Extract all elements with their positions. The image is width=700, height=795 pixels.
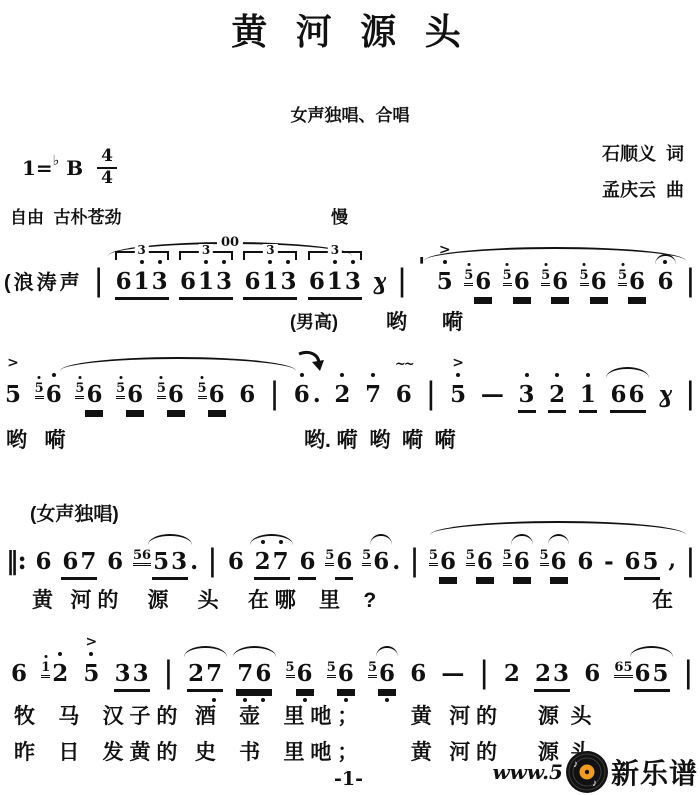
lyrics-line4-verse1: 牧 马 汉 子 的 酒 壶 里 吔 ； 黄 河 的 源 头 bbox=[14, 700, 592, 730]
tie-arc bbox=[250, 534, 293, 545]
time-signature: 4 4 bbox=[97, 148, 117, 188]
note-unit: 7 bbox=[364, 381, 382, 410]
note-digits: 6 bbox=[35, 548, 53, 577]
barline: | bbox=[686, 376, 695, 412]
time-signature-denominator: 4 bbox=[101, 169, 113, 188]
note-digits: 65 bbox=[634, 660, 670, 689]
note-digits: 6 bbox=[513, 548, 531, 577]
note-unit: 33 bbox=[114, 660, 150, 689]
accent-mark: > bbox=[452, 355, 464, 372]
grace-note: 5 bbox=[618, 269, 627, 286]
note-digits: — bbox=[480, 381, 505, 410]
note-digits: 5> bbox=[4, 381, 22, 410]
slur-line3-right bbox=[430, 521, 686, 535]
note-digits: 6 bbox=[298, 548, 316, 577]
note-unit: 27 bbox=[187, 660, 223, 689]
key-tonic: B bbox=[66, 156, 83, 180]
subtitle: 女声独唱、合唱 bbox=[0, 101, 700, 126]
slur-line2-left bbox=[60, 357, 296, 371]
grace-note: 5 bbox=[325, 549, 334, 566]
note-unit: 6 bbox=[106, 548, 124, 577]
note-digits: 2 bbox=[333, 381, 351, 410]
voice-label: (浪涛声 bbox=[4, 271, 83, 295]
note-digits: — bbox=[440, 660, 465, 689]
tie-arc bbox=[606, 367, 649, 378]
music-line-4: 6125>33|27765656566—|22366565| bbox=[10, 658, 694, 689]
tie-arc bbox=[376, 646, 398, 657]
note-digits: 2 bbox=[548, 381, 566, 410]
note-unit: 6133 bbox=[179, 268, 233, 297]
note-unit: 27 bbox=[254, 548, 290, 577]
note-digits: 6 bbox=[126, 381, 144, 410]
grace-note: 5 bbox=[503, 269, 512, 286]
tempo-slow-marking: 慢 bbox=[331, 203, 348, 228]
note-unit: 6133 bbox=[115, 268, 169, 297]
note-unit: 6 bbox=[298, 548, 316, 577]
note-unit: 56 bbox=[541, 268, 569, 297]
note-unit: 5653. bbox=[133, 548, 198, 577]
grace-note: 5 bbox=[540, 549, 549, 566]
key-signature: 1=♭ B 4 4 bbox=[22, 148, 117, 188]
note-digits: 6 bbox=[583, 660, 601, 689]
sheet-music-page: 黄 河 源 头 女声独唱、合唱 1=♭ B 4 4 石顺义 词 孟庆云 曲 自由… bbox=[0, 0, 700, 795]
note-unit: 56 bbox=[35, 381, 63, 410]
note-digits: 6 bbox=[656, 268, 674, 297]
note-unit: 6 bbox=[10, 660, 28, 689]
note-unit: 5> bbox=[82, 660, 100, 689]
tie-arc bbox=[233, 646, 276, 657]
barline: | bbox=[94, 263, 103, 299]
grace-note: 5 bbox=[327, 661, 336, 678]
music-mark: ɣ bbox=[372, 268, 386, 296]
note-digits: 6133 bbox=[308, 268, 362, 297]
tie-arc bbox=[184, 646, 227, 657]
note-digits: 6 bbox=[378, 660, 396, 689]
note-unit: 6 bbox=[35, 548, 53, 577]
barline: | bbox=[164, 655, 173, 691]
note-unit: 56 bbox=[327, 660, 355, 689]
note-unit: 6 bbox=[409, 660, 427, 689]
note-digits: 6 bbox=[550, 548, 568, 577]
barline: | bbox=[208, 543, 217, 579]
note-digits: 7 bbox=[364, 381, 382, 410]
note-unit: 56 bbox=[198, 381, 226, 410]
note-unit: — bbox=[480, 381, 505, 410]
key-prefix: 1= bbox=[22, 156, 53, 180]
barline: | bbox=[426, 376, 435, 412]
watermark-url: www.5 bbox=[492, 760, 563, 784]
time-signature-numerator: 4 bbox=[97, 148, 117, 169]
note-unit: 6~~ bbox=[395, 381, 413, 410]
note-unit: 56 bbox=[325, 548, 353, 577]
note-unit: 5> bbox=[436, 268, 454, 297]
note-unit: 66 bbox=[610, 381, 646, 410]
note-unit: 56 bbox=[75, 381, 103, 410]
grace-note: 5 bbox=[429, 549, 438, 566]
trill-mark: ~~ bbox=[395, 357, 413, 373]
augmentation-dot: . bbox=[190, 548, 198, 576]
triplet-bracket: 3 bbox=[243, 251, 297, 260]
note-unit: 6133 bbox=[243, 268, 297, 297]
grace-note: 5 bbox=[503, 549, 512, 566]
note-unit: 2 bbox=[503, 660, 521, 689]
note-digits: 6 bbox=[476, 548, 494, 577]
note-digits: 6 bbox=[45, 381, 63, 410]
note-digits: 6 bbox=[293, 381, 311, 410]
note-unit: 6 bbox=[576, 548, 594, 577]
note-digits: 6 bbox=[238, 381, 256, 410]
barline: | bbox=[480, 655, 489, 691]
note-digits: 6 bbox=[106, 548, 124, 577]
note-unit: — bbox=[440, 660, 465, 689]
music-line-2: 5>56565656566|6.276~~|5>—32166ɣ| bbox=[4, 379, 696, 410]
grace-note: 5 bbox=[580, 269, 589, 286]
accent-mark: > bbox=[7, 355, 19, 372]
note-digits: 67 bbox=[61, 548, 97, 577]
slur-label: 00 bbox=[217, 235, 243, 250]
accent-mark: > bbox=[439, 242, 451, 259]
note-unit: 56 bbox=[466, 548, 494, 577]
note-digits: 6 bbox=[372, 548, 390, 577]
music-note-icon: ♪ bbox=[573, 759, 578, 770]
music-mark: ɣ bbox=[658, 381, 672, 409]
note-digits: 76 bbox=[236, 660, 272, 689]
note-digits: 6 bbox=[337, 660, 355, 689]
note-digits: 27 bbox=[254, 548, 290, 577]
note-digits: 6 bbox=[10, 660, 28, 689]
note-unit: 56 bbox=[503, 548, 531, 577]
note-unit: 2 bbox=[333, 381, 351, 410]
note-digits: 6 bbox=[167, 381, 185, 410]
note-unit: 56 bbox=[116, 381, 144, 410]
note-unit: 2 bbox=[548, 381, 566, 410]
note-digits: 6 bbox=[409, 660, 427, 689]
music-note-icon: ♪ bbox=[592, 778, 597, 789]
note-digits: 2 bbox=[503, 660, 521, 689]
music-mark: ' bbox=[418, 253, 425, 282]
note-digits: 6 bbox=[227, 548, 245, 577]
lyrics-line1: 哟 嗬 bbox=[386, 306, 463, 336]
grace-note: 5 bbox=[198, 382, 207, 399]
accent-mark: > bbox=[86, 634, 98, 651]
note-digits: 33 bbox=[114, 660, 150, 689]
grace-note: 56 bbox=[133, 549, 151, 566]
note-digits: 5> bbox=[82, 660, 100, 689]
grace-note: 5 bbox=[541, 269, 550, 286]
note-unit: 6 bbox=[238, 381, 256, 410]
note-unit: 56 bbox=[503, 268, 531, 297]
note-digits: 6 bbox=[513, 268, 531, 297]
note-unit: 23 bbox=[534, 660, 570, 689]
vinyl-record-icon: ♪ ♪ bbox=[565, 750, 609, 794]
note-digits: 27 bbox=[187, 660, 223, 689]
note-digits: 23 bbox=[534, 660, 570, 689]
note-unit: 56 bbox=[429, 548, 457, 577]
note-digits: 2 bbox=[51, 660, 69, 689]
tie-arc bbox=[548, 534, 570, 545]
note-digits: 6 bbox=[296, 660, 314, 689]
barline: | bbox=[686, 263, 695, 299]
music-mark: ‖: bbox=[6, 546, 26, 576]
note-unit: 65 bbox=[624, 548, 660, 577]
note-digits: 6 bbox=[85, 381, 103, 410]
note-unit: 56 bbox=[580, 268, 608, 297]
note-digits: 5> bbox=[449, 381, 467, 410]
note-digits: 6 bbox=[590, 268, 608, 297]
tie-arc bbox=[511, 534, 533, 545]
note-digits: 6 bbox=[551, 268, 569, 297]
augmentation-dot: . bbox=[313, 381, 321, 409]
grace-note: 5 bbox=[35, 382, 44, 399]
page-number: -1- bbox=[334, 768, 363, 790]
note-unit: 6 bbox=[583, 660, 601, 689]
grace-note: 5 bbox=[464, 269, 473, 286]
tie-arc bbox=[630, 646, 673, 657]
note-digits: 3 bbox=[518, 381, 536, 410]
tie-arc bbox=[370, 534, 392, 545]
flat-sign-icon: ♭ bbox=[53, 153, 60, 169]
note-digits: 6 bbox=[208, 381, 226, 410]
note-digits: 6 bbox=[439, 548, 457, 577]
triplet-bracket: 3 bbox=[308, 251, 362, 260]
voice-label-male: (男高) bbox=[290, 308, 338, 334]
note-digits: 6 bbox=[474, 268, 492, 297]
note-unit: 56 bbox=[618, 268, 646, 297]
note-unit: 6 bbox=[656, 268, 674, 297]
credit-composer: 孟庆云 曲 bbox=[602, 176, 684, 202]
barline: | bbox=[686, 543, 695, 579]
lyrics-line3-right: 在 bbox=[652, 584, 673, 614]
note-digits: 6133 bbox=[179, 268, 233, 297]
note-digits: 6~~ bbox=[395, 381, 413, 410]
note-unit: 67 bbox=[61, 548, 97, 577]
note-unit: - bbox=[603, 548, 615, 577]
note-digits: 53 bbox=[152, 548, 188, 577]
curved-arrow-icon bbox=[297, 350, 325, 374]
tie-arc bbox=[148, 534, 191, 545]
note-unit: 3 bbox=[518, 381, 536, 410]
grace-note: 5 bbox=[286, 661, 295, 678]
lyrics-line2-right: 哟. 嗬 哟 嗬 嗬 bbox=[304, 424, 456, 454]
slur-line1-right bbox=[424, 247, 686, 261]
note-digits: 6 bbox=[576, 548, 594, 577]
watermark: www.5 ♪ ♪ 新乐谱 bbox=[492, 750, 698, 794]
music-line-3: ‖:66765653.|62765656.|565656566-65,| bbox=[6, 546, 696, 577]
note-unit: 56 bbox=[286, 660, 314, 689]
grace-note: 5 bbox=[157, 382, 166, 399]
note-unit: 6133 bbox=[308, 268, 362, 297]
note-digits: 6 bbox=[335, 548, 353, 577]
barline: | bbox=[270, 376, 279, 412]
note-unit: 76 bbox=[236, 660, 272, 689]
music-line-1: (浪涛声|6133613361336133ɣ|'5>56565656566| bbox=[4, 266, 696, 297]
note-unit: 56 bbox=[368, 660, 396, 689]
grace-note: 5 bbox=[368, 661, 377, 678]
triplet-bracket: 3 bbox=[179, 251, 233, 260]
credit-lyricist: 石顺义 词 bbox=[602, 140, 684, 166]
augmentation-dot: . bbox=[392, 548, 400, 576]
note-unit: 5> bbox=[4, 381, 22, 410]
note-unit: 56. bbox=[362, 548, 400, 577]
lyrics-line3: 黄 河 的 源 头 在 哪 里 ? bbox=[32, 584, 376, 614]
note-unit: 56 bbox=[157, 381, 185, 410]
note-unit: 6 bbox=[227, 548, 245, 577]
voice-label-female: (女声独唱) bbox=[30, 499, 119, 526]
triplet-bracket: 3 bbox=[115, 251, 169, 260]
note-digits: 6133 bbox=[115, 268, 169, 297]
grace-note: 5 bbox=[75, 382, 84, 399]
lyrics-line2-left: 哟 嗬 bbox=[6, 424, 66, 454]
note-digits: 1 bbox=[579, 381, 597, 410]
barline: | bbox=[410, 543, 419, 579]
music-mark: , bbox=[668, 547, 676, 573]
grace-note: 65 bbox=[614, 661, 632, 678]
note-digits: 5> bbox=[436, 268, 454, 297]
note-unit: 5> bbox=[449, 381, 467, 410]
note-digits: - bbox=[603, 548, 615, 577]
note-digits: 6 bbox=[628, 268, 646, 297]
note-digits: 65 bbox=[624, 548, 660, 577]
grace-note: 5 bbox=[362, 549, 371, 566]
grace-note: 1 bbox=[41, 661, 50, 678]
watermark-brand: 新乐谱 bbox=[611, 752, 698, 792]
note-digits: 66 bbox=[610, 381, 646, 410]
note-unit: 12 bbox=[41, 660, 69, 689]
note-unit: 6. bbox=[293, 381, 321, 410]
note-unit: 6565 bbox=[614, 660, 669, 689]
note-unit: 56 bbox=[540, 548, 568, 577]
barline: | bbox=[398, 263, 407, 299]
note-unit: 1 bbox=[579, 381, 597, 410]
note-digits: 6133 bbox=[243, 268, 297, 297]
page-title: 黄 河 源 头 bbox=[0, 4, 700, 55]
grace-note: 5 bbox=[466, 549, 475, 566]
barline: | bbox=[684, 655, 693, 691]
tempo-marking: 自由 古朴苍劲 bbox=[10, 203, 121, 228]
note-unit: 56 bbox=[464, 268, 492, 297]
grace-note: 5 bbox=[116, 382, 125, 399]
